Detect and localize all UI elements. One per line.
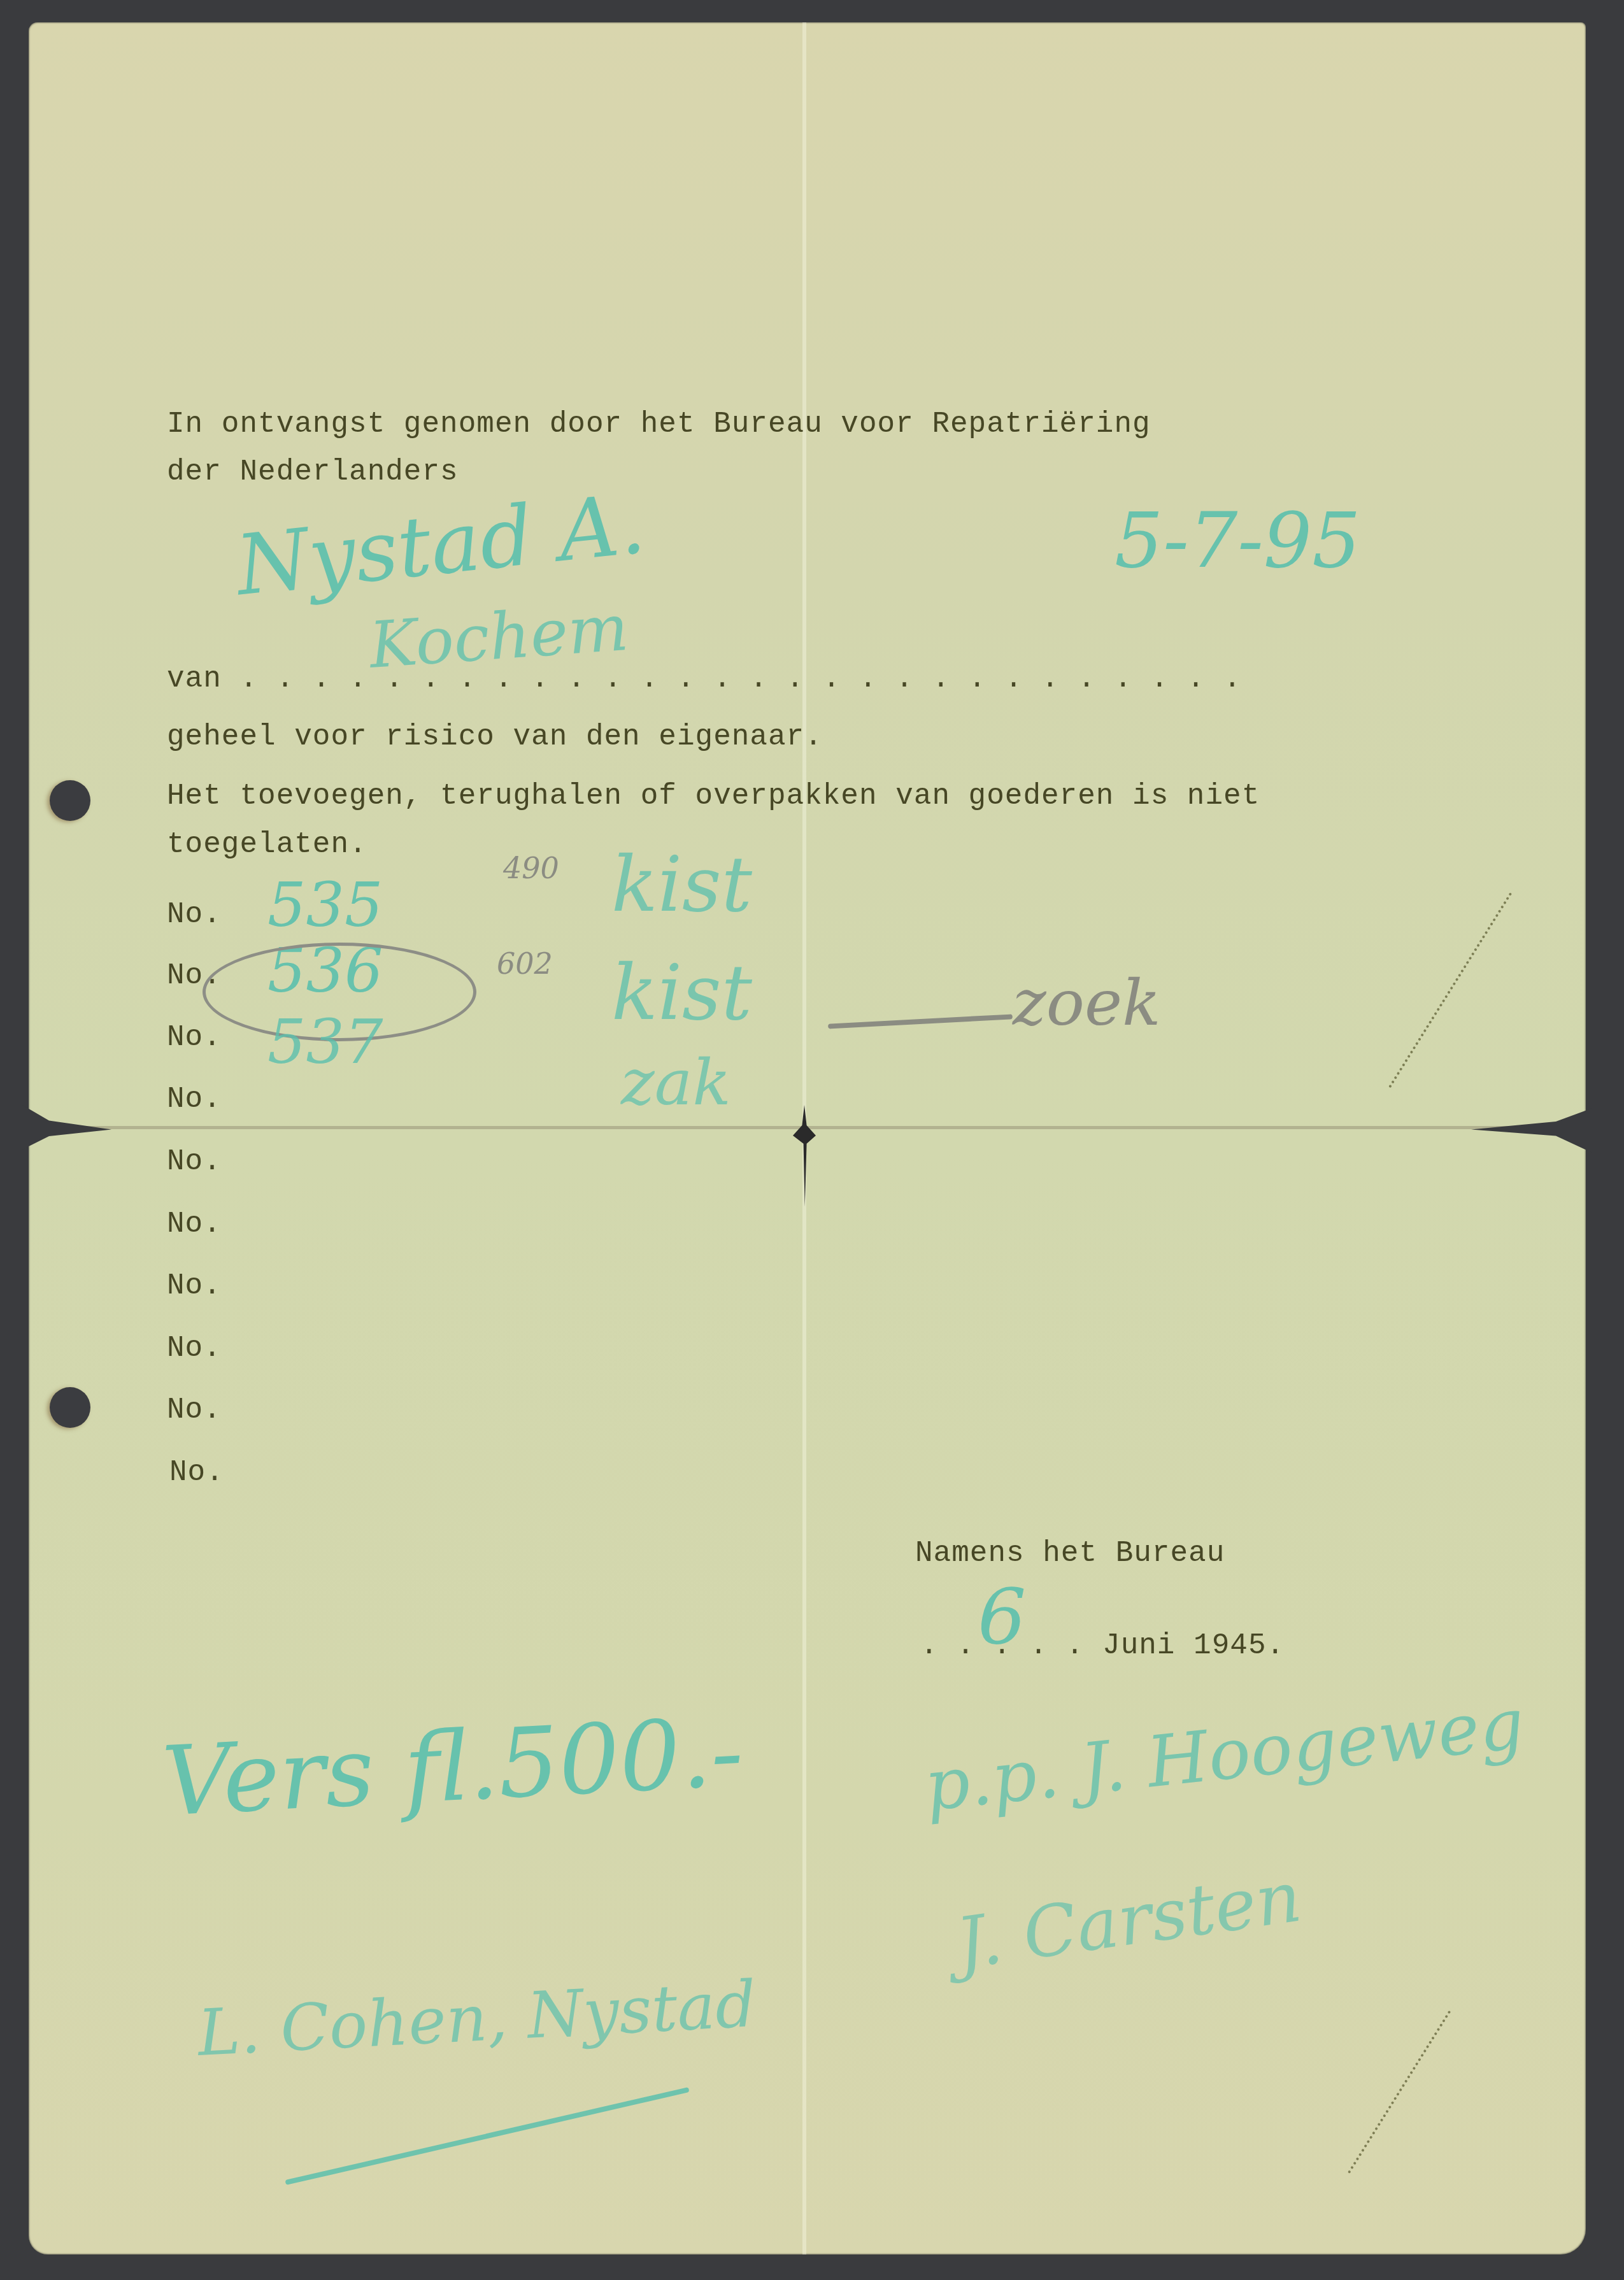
crease-mark <box>1388 892 1512 1088</box>
item-no-label-4: No. <box>167 1085 222 1114</box>
intro-line-1: In ontvangst genomen door het Bureau voo… <box>167 410 1151 439</box>
crease-mark <box>1348 2011 1451 2174</box>
handwritten-day: 6 <box>978 1579 1026 1656</box>
signoff-text: Namens het Bureau <box>915 1539 1225 1568</box>
item-no-label-5: No. <box>167 1147 222 1176</box>
item-3-type: zak <box>621 1051 731 1115</box>
item-no-label-1: No. <box>167 900 222 929</box>
intro-line-2: der Nederlanders <box>167 457 459 487</box>
item-no-label-6: No. <box>167 1209 222 1239</box>
insured-value: Vers fl.500.- <box>160 1704 746 1830</box>
item-3-number: 537 <box>267 1013 383 1073</box>
item-no-label-10: No. <box>169 1458 224 1487</box>
handwritten-name-line-2: Kochem <box>367 596 630 678</box>
item-no-label-7: No. <box>167 1271 222 1300</box>
item-no-label-3: No. <box>167 1023 222 1052</box>
item-2-weight: 602 <box>497 949 553 978</box>
restriction-line-1: Het toevoegen, terughalen of overpakken … <box>167 781 1260 811</box>
item-1-type: kist <box>611 847 752 923</box>
item-1-number: 535 <box>267 876 383 936</box>
item-2-note: zoek <box>1013 971 1161 1035</box>
item-1-weight: 490 <box>503 853 559 883</box>
item-no-label-8: No. <box>167 1334 222 1363</box>
van-field: van . . . . . . . . . . . . . . . . . . … <box>167 664 1242 694</box>
punch-hole-upper <box>50 780 90 821</box>
item-2-type: kist <box>611 955 752 1032</box>
restriction-line-2: toegelaten. <box>167 830 367 859</box>
date-line: . . . . . Juni 1945. <box>920 1631 1285 1660</box>
handwritten-date: 5-7-95 <box>1115 503 1360 580</box>
right-tear-notch <box>1471 1108 1592 1153</box>
punch-hole-lower <box>50 1387 90 1428</box>
risk-line: geheel voor risico van den eigenaar. <box>167 722 823 752</box>
document-sheet <box>29 22 1586 2255</box>
item-no-label-9: No. <box>167 1395 222 1425</box>
